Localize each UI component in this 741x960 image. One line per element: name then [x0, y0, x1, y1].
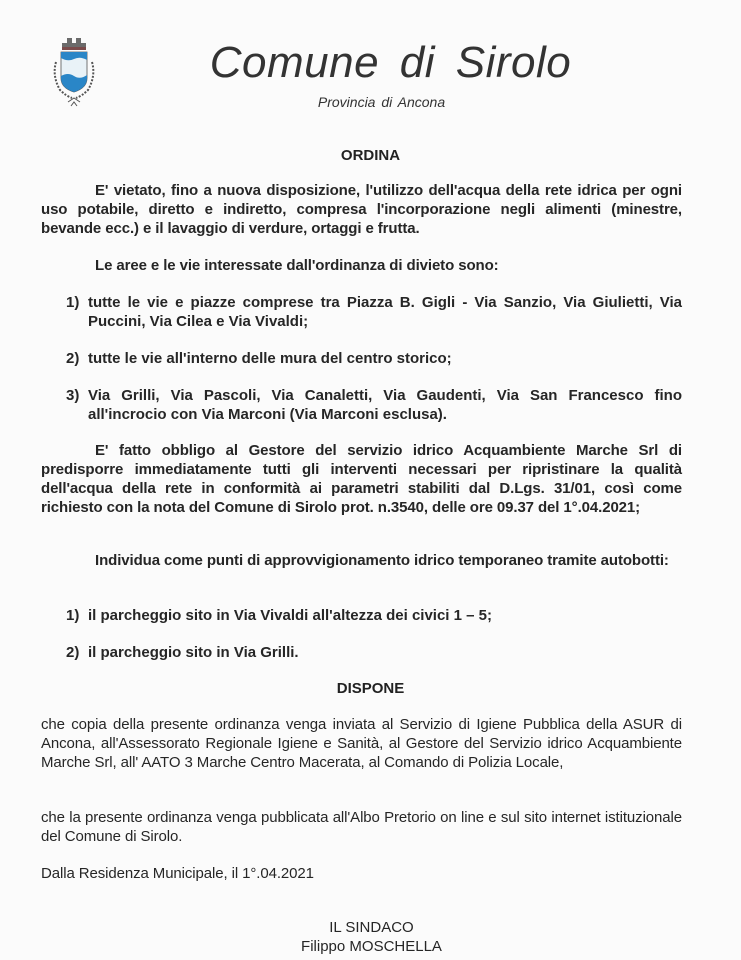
- signer-name: Filippo MOSCHELLA: [0, 937, 741, 956]
- supply-point-2: 2) il parcheggio sito in Via Grilli.: [66, 643, 682, 662]
- area-item-text: tutte le vie e piazze comprese tra Piazz…: [88, 294, 682, 330]
- municipality-title: Comune di Sirolo: [0, 38, 741, 88]
- supply-point-text: il parcheggio sito in Via Grilli.: [88, 644, 299, 661]
- area-item-number: 2): [66, 349, 79, 368]
- obligation-paragraph: E' fatto obbligo al Gestore del servizio…: [41, 441, 682, 517]
- area-item-2: 2) tutte le vie all'interno delle mura d…: [66, 349, 682, 368]
- areas-intro: Le aree e le vie interessate dall'ordina…: [41, 256, 682, 275]
- area-item-number: 1): [66, 293, 79, 312]
- supply-intro: Individua come punti di approvvigionamen…: [41, 551, 682, 570]
- place-date: Dalla Residenza Municipale, il 1°.04.202…: [41, 864, 682, 883]
- area-item-1: 1) tutte le vie e piazze comprese tra Pi…: [66, 293, 682, 331]
- supply-point-number: 1): [66, 606, 79, 625]
- area-item-text: tutte le vie all'interno delle mura del …: [88, 350, 452, 367]
- province-subtitle: Provincia di Ancona: [0, 94, 741, 110]
- ordina-heading: ORDINA: [0, 147, 741, 164]
- dispone-paragraph-2: che la presente ordinanza venga pubblica…: [41, 808, 682, 846]
- area-item-text: Via Grilli, Via Pascoli, Via Canaletti, …: [88, 387, 682, 423]
- area-item-number: 3): [66, 386, 79, 405]
- dispone-heading: DISPONE: [0, 680, 741, 697]
- supply-point-number: 2): [66, 643, 79, 662]
- prohibition-paragraph: E' vietato, fino a nuova disposizione, l…: [41, 181, 682, 238]
- ordinance-document: Comune di Sirolo Provincia di Ancona ORD…: [0, 0, 741, 960]
- signer-title: IL SINDACO: [0, 918, 741, 937]
- area-item-3: 3) Via Grilli, Via Pascoli, Via Canalett…: [66, 386, 682, 424]
- supply-point-1: 1) il parcheggio sito in Via Vivaldi all…: [66, 606, 682, 625]
- supply-point-text: il parcheggio sito in Via Vivaldi all'al…: [88, 607, 492, 624]
- dispone-paragraph-1: che copia della presente ordinanza venga…: [41, 715, 682, 772]
